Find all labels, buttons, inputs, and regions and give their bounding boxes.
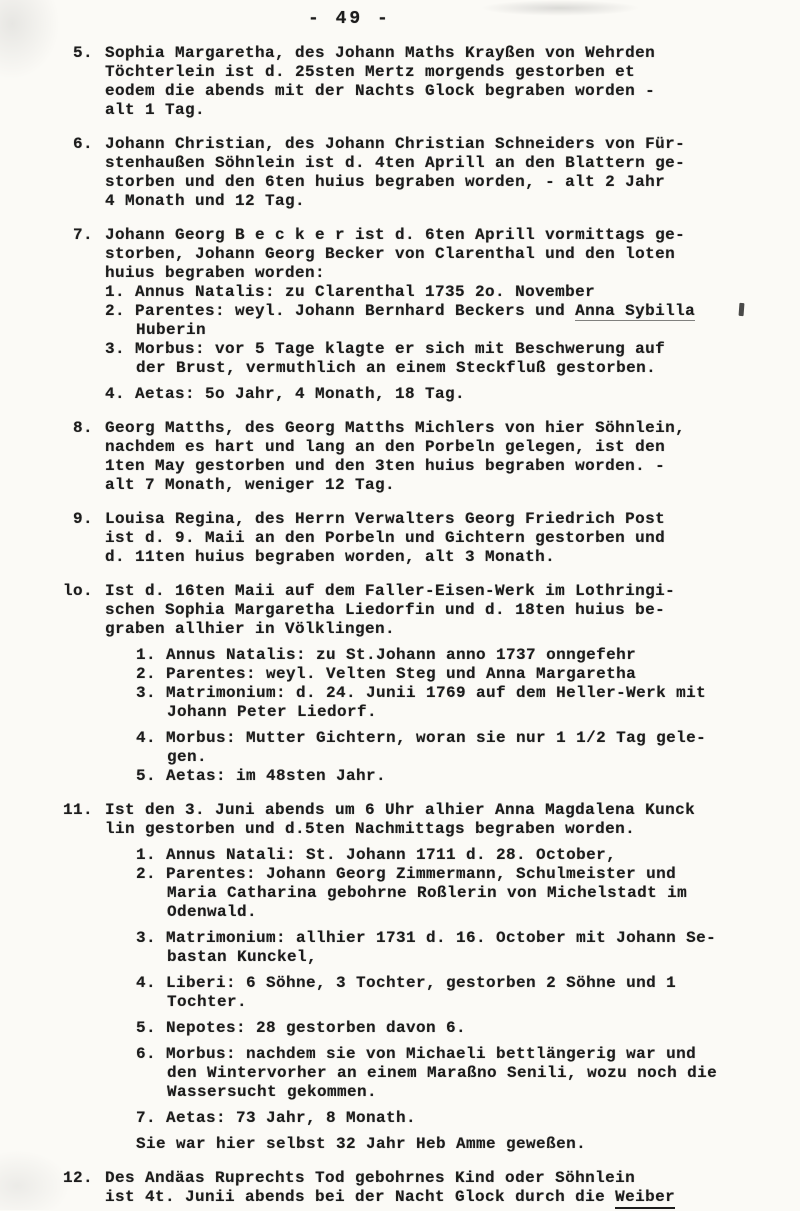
- line-text: 5. Aetas: im 48sten Jahr.: [136, 767, 386, 785]
- text-line: gen.: [105, 748, 760, 767]
- text-line: 1. Annus Natalis: zu Clarenthal 1735 2o.…: [105, 283, 760, 302]
- text-line: Maria Catharina gebohrne Roßlerin von Mi…: [105, 884, 760, 903]
- line-text: Sie war hier selbst 32 Jahr Heb Amme gew…: [136, 1135, 586, 1153]
- line-text: Wassersucht gekommen.: [167, 1083, 377, 1101]
- text-line: Louisa Regina, des Herrn Verwalters Geor…: [105, 510, 760, 529]
- text-line: ist 4t. Junii abends bei der Nacht Glock…: [105, 1188, 760, 1207]
- text-line: 2. Parentes: Johann Georg Zimmermann, Sc…: [105, 865, 760, 884]
- entry-lines: Johann Georg B e c k e r ist d. 6ten Apr…: [105, 226, 760, 404]
- entry-lines: Johann Christian, des Johann Christian S…: [105, 135, 760, 211]
- line-text: Johann Georg B e c k e r ist d. 6ten Apr…: [105, 226, 685, 244]
- text-line: 6. Morbus: nachdem sie von Michaeli bett…: [105, 1045, 760, 1064]
- register-entry: 12. Des Andäas Ruprechts Tod gebohrnes K…: [45, 1169, 760, 1207]
- text-line: alt 1 Tag.: [105, 101, 760, 120]
- text-line: Huberin: [105, 321, 760, 340]
- entry-number: 6.: [45, 135, 93, 154]
- line-text: den Wintervorher an einem Maraßno Senili…: [167, 1064, 717, 1082]
- text-line: der Brust, vermuthlich an einem Steckflu…: [105, 359, 760, 378]
- line-text: huius begraben worden:: [105, 264, 325, 282]
- line-text: 6. Morbus: nachdem sie von Michaeli bett…: [136, 1045, 696, 1063]
- text-line: 1. Annus Natalis: zu St.Johann anno 1737…: [105, 646, 760, 665]
- entry-number: 11.: [45, 801, 93, 820]
- line-text: Maria Catharina gebohrne Roßlerin von Mi…: [167, 884, 687, 902]
- text-line: graben allhier in Völklingen.: [105, 620, 760, 639]
- text-line: 1ten May gestorben und den 3ten huius be…: [105, 457, 760, 476]
- line-text: d. 11ten huius begraben worden, alt 3 Mo…: [105, 548, 555, 566]
- line-text: Georg Matths, des Georg Matths Michlers …: [105, 419, 685, 437]
- register-entry: lo. Ist d. 16ten Maii auf dem Faller-Eis…: [45, 582, 760, 786]
- register-entry: 9. Louisa Regina, des Herrn Verwalters G…: [45, 510, 760, 567]
- entry-lines: Des Andäas Ruprechts Tod gebohrnes Kind …: [105, 1169, 760, 1207]
- line-text: storben und den 6ten huius begraben word…: [105, 173, 665, 191]
- text-line: Sie war hier selbst 32 Jahr Heb Amme gew…: [105, 1135, 760, 1154]
- text-line: 1. Annus Natali: St. Johann 1711 d. 28. …: [105, 846, 760, 865]
- text-line: eodem die abends mit der Nachts Glock be…: [105, 82, 760, 101]
- text-line: Tochter.: [105, 993, 760, 1012]
- text-line: storben und den 6ten huius begraben word…: [105, 173, 760, 192]
- entry-number: 8.: [45, 419, 93, 438]
- line-text: 1. Annus Natalis: zu Clarenthal 1735 2o.…: [105, 283, 595, 301]
- text-line: ist d. 9. Maii an den Porbeln und Gichte…: [105, 529, 760, 548]
- line-text: lin gestorben und d.5ten Nachmittags beg…: [105, 820, 635, 838]
- text-line: 4. Aetas: 5o Jahr, 4 Monath, 18 Tag.: [105, 385, 760, 404]
- text-line: Johann Christian, des Johann Christian S…: [105, 135, 760, 154]
- text-line: 3. Morbus: vor 5 Tage klagte er sich mit…: [105, 340, 760, 359]
- text-line: Johann Peter Liedorf.: [105, 703, 760, 722]
- text-line: Wassersucht gekommen.: [105, 1083, 760, 1102]
- text-line: alt 7 Monath, weniger 12 Tag.: [105, 476, 760, 495]
- text-line: nachdem es hart und lang an den Porbeln …: [105, 438, 760, 457]
- text-line: Johann Georg B e c k e r ist d. 6ten Apr…: [105, 226, 760, 245]
- line-text: 2. Parentes: weyl. Johann Bernhard Becke…: [105, 302, 575, 320]
- line-text: Ist d. 16ten Maii auf dem Faller-Eisen-W…: [105, 582, 675, 600]
- text-line: bastan Kunckel,: [105, 948, 760, 967]
- line-text: 4. Liberi: 6 Söhne, 3 Tochter, gestorben…: [136, 974, 676, 992]
- text-line: 5. Aetas: im 48sten Jahr.: [105, 767, 760, 786]
- text-line: Georg Matths, des Georg Matths Michlers …: [105, 419, 760, 438]
- text-line: 4. Morbus: Mutter Gichtern, woran sie nu…: [105, 729, 760, 748]
- text-line: lin gestorben und d.5ten Nachmittags beg…: [105, 820, 760, 839]
- text-line: Töchterlein ist d. 25sten Mertz morgends…: [105, 63, 760, 82]
- line-text: 2. Parentes: Johann Georg Zimmermann, Sc…: [136, 865, 676, 883]
- line-text: Huberin: [136, 321, 206, 339]
- line-text: storben, Johann Georg Becker von Clarent…: [105, 245, 675, 263]
- text-line: Des Andäas Ruprechts Tod gebohrnes Kind …: [105, 1169, 760, 1188]
- line-text: Töchterlein ist d. 25sten Mertz morgends…: [105, 63, 635, 81]
- entry-number: 12.: [45, 1169, 93, 1188]
- text-line: den Wintervorher an einem Maraßno Senili…: [105, 1064, 760, 1083]
- entry-lines: Ist den 3. Juni abends um 6 Uhr alhier A…: [105, 801, 760, 1154]
- underlined-text: Weiber: [615, 1188, 675, 1209]
- entry-lines: Georg Matths, des Georg Matths Michlers …: [105, 419, 760, 495]
- text-line: Ist d. 16ten Maii auf dem Faller-Eisen-W…: [105, 582, 760, 601]
- line-text: 3. Matrimonium: allhier 1731 d. 16. Octo…: [136, 929, 716, 947]
- line-text: 4. Morbus: Mutter Gichtern, woran sie nu…: [136, 729, 706, 747]
- line-text: graben allhier in Völklingen.: [105, 620, 395, 638]
- entry-number: 7.: [45, 226, 93, 245]
- line-text: Tochter.: [167, 993, 247, 1011]
- text-line: Ist den 3. Juni abends um 6 Uhr alhier A…: [105, 801, 760, 820]
- line-text: alt 7 Monath, weniger 12 Tag.: [105, 476, 395, 494]
- line-text: Sophia Margaretha, des Johann Maths Kray…: [105, 44, 655, 62]
- line-text: gen.: [167, 748, 207, 766]
- entry-number: lo.: [45, 582, 93, 601]
- text-line: schen Sophia Margaretha Liedorfin und d.…: [105, 601, 760, 620]
- entry-number: 9.: [45, 510, 93, 529]
- line-text: ist d. 9. Maii an den Porbeln und Gichte…: [105, 529, 665, 547]
- text-line: huius begraben worden:: [105, 264, 760, 283]
- text-line: 2. Parentes: weyl. Velten Steg und Anna …: [105, 665, 760, 684]
- text-line: Odenwald.: [105, 903, 760, 922]
- text-line: 2. Parentes: weyl. Johann Bernhard Becke…: [105, 302, 760, 321]
- register-entry: 6. Johann Christian, des Johann Christia…: [45, 135, 760, 211]
- entry-lines: Ist d. 16ten Maii auf dem Faller-Eisen-W…: [105, 582, 760, 786]
- line-text: 1. Annus Natalis: zu St.Johann anno 1737…: [136, 646, 636, 664]
- entry-number: 5.: [45, 44, 93, 63]
- line-text: 3. Matrimonium: d. 24. Junii 1769 auf de…: [136, 684, 706, 702]
- line-text: 4. Aetas: 5o Jahr, 4 Monath, 18 Tag.: [105, 385, 465, 403]
- line-text: schen Sophia Margaretha Liedorfin und d.…: [105, 601, 665, 619]
- line-text: Johann Christian, des Johann Christian S…: [105, 135, 685, 153]
- line-text: ist 4t. Junii abends bei der Nacht Glock…: [105, 1188, 615, 1206]
- text-line: 3. Matrimonium: d. 24. Junii 1769 auf de…: [105, 684, 760, 703]
- entries: 5. Sophia Margaretha, des Johann Maths K…: [45, 44, 760, 1207]
- entry-lines: Louisa Regina, des Herrn Verwalters Geor…: [105, 510, 760, 567]
- text-line: d. 11ten huius begraben worden, alt 3 Mo…: [105, 548, 760, 567]
- text-line: Sophia Margaretha, des Johann Maths Kray…: [105, 44, 760, 63]
- page-number: - 49 -: [308, 10, 760, 29]
- line-text: 4 Monath und 12 Tag.: [105, 192, 305, 210]
- line-text: der Brust, vermuthlich an einem Steckflu…: [136, 359, 656, 377]
- line-text: Ist den 3. Juni abends um 6 Uhr alhier A…: [105, 801, 695, 819]
- text-line: stenhaußen Söhnlein ist d. 4ten Aprill a…: [105, 154, 760, 173]
- text-line: 7. Aetas: 73 Jahr, 8 Monath.: [105, 1109, 760, 1128]
- line-text: 2. Parentes: weyl. Velten Steg und Anna …: [136, 665, 636, 683]
- line-text: 3. Morbus: vor 5 Tage klagte er sich mit…: [105, 340, 665, 358]
- text-line: 5. Nepotes: 28 gestorben davon 6.: [105, 1019, 760, 1038]
- line-text: 1ten May gestorben und den 3ten huius be…: [105, 457, 665, 475]
- register-entry: 7. Johann Georg B e c k e r ist d. 6ten …: [45, 226, 760, 404]
- register-entry: 11. Ist den 3. Juni abends um 6 Uhr alhi…: [45, 801, 760, 1154]
- line-text: 1. Annus Natali: St. Johann 1711 d. 28. …: [136, 846, 616, 864]
- line-text: bastan Kunckel,: [167, 948, 317, 966]
- underlined-text: Anna Sybilla: [575, 302, 695, 321]
- line-text: 5. Nepotes: 28 gestorben davon 6.: [136, 1019, 466, 1037]
- line-text: eodem die abends mit der Nachts Glock be…: [105, 82, 655, 100]
- line-text: Louisa Regina, des Herrn Verwalters Geor…: [105, 510, 665, 528]
- entry-lines: Sophia Margaretha, des Johann Maths Kray…: [105, 44, 760, 120]
- line-text: Des Andäas Ruprechts Tod gebohrnes Kind …: [105, 1169, 635, 1187]
- line-text: Johann Peter Liedorf.: [167, 703, 377, 721]
- text-line: 4. Liberi: 6 Söhne, 3 Tochter, gestorben…: [105, 974, 760, 993]
- line-text: 7. Aetas: 73 Jahr, 8 Monath.: [136, 1109, 416, 1127]
- line-text: stenhaußen Söhnlein ist d. 4ten Aprill a…: [105, 154, 685, 172]
- register-entry: 8. Georg Matths, des Georg Matths Michle…: [45, 419, 760, 495]
- line-text: Odenwald.: [167, 903, 257, 921]
- line-text: nachdem es hart und lang an den Porbeln …: [105, 438, 665, 456]
- document-page: - 49 - 5. Sophia Margaretha, des Johann …: [0, 0, 800, 1211]
- text-line: 3. Matrimonium: allhier 1731 d. 16. Octo…: [105, 929, 760, 948]
- line-text: alt 1 Tag.: [105, 101, 205, 119]
- text-line: 4 Monath und 12 Tag.: [105, 192, 760, 211]
- register-entry: 5. Sophia Margaretha, des Johann Maths K…: [45, 44, 760, 120]
- text-line: storben, Johann Georg Becker von Clarent…: [105, 245, 760, 264]
